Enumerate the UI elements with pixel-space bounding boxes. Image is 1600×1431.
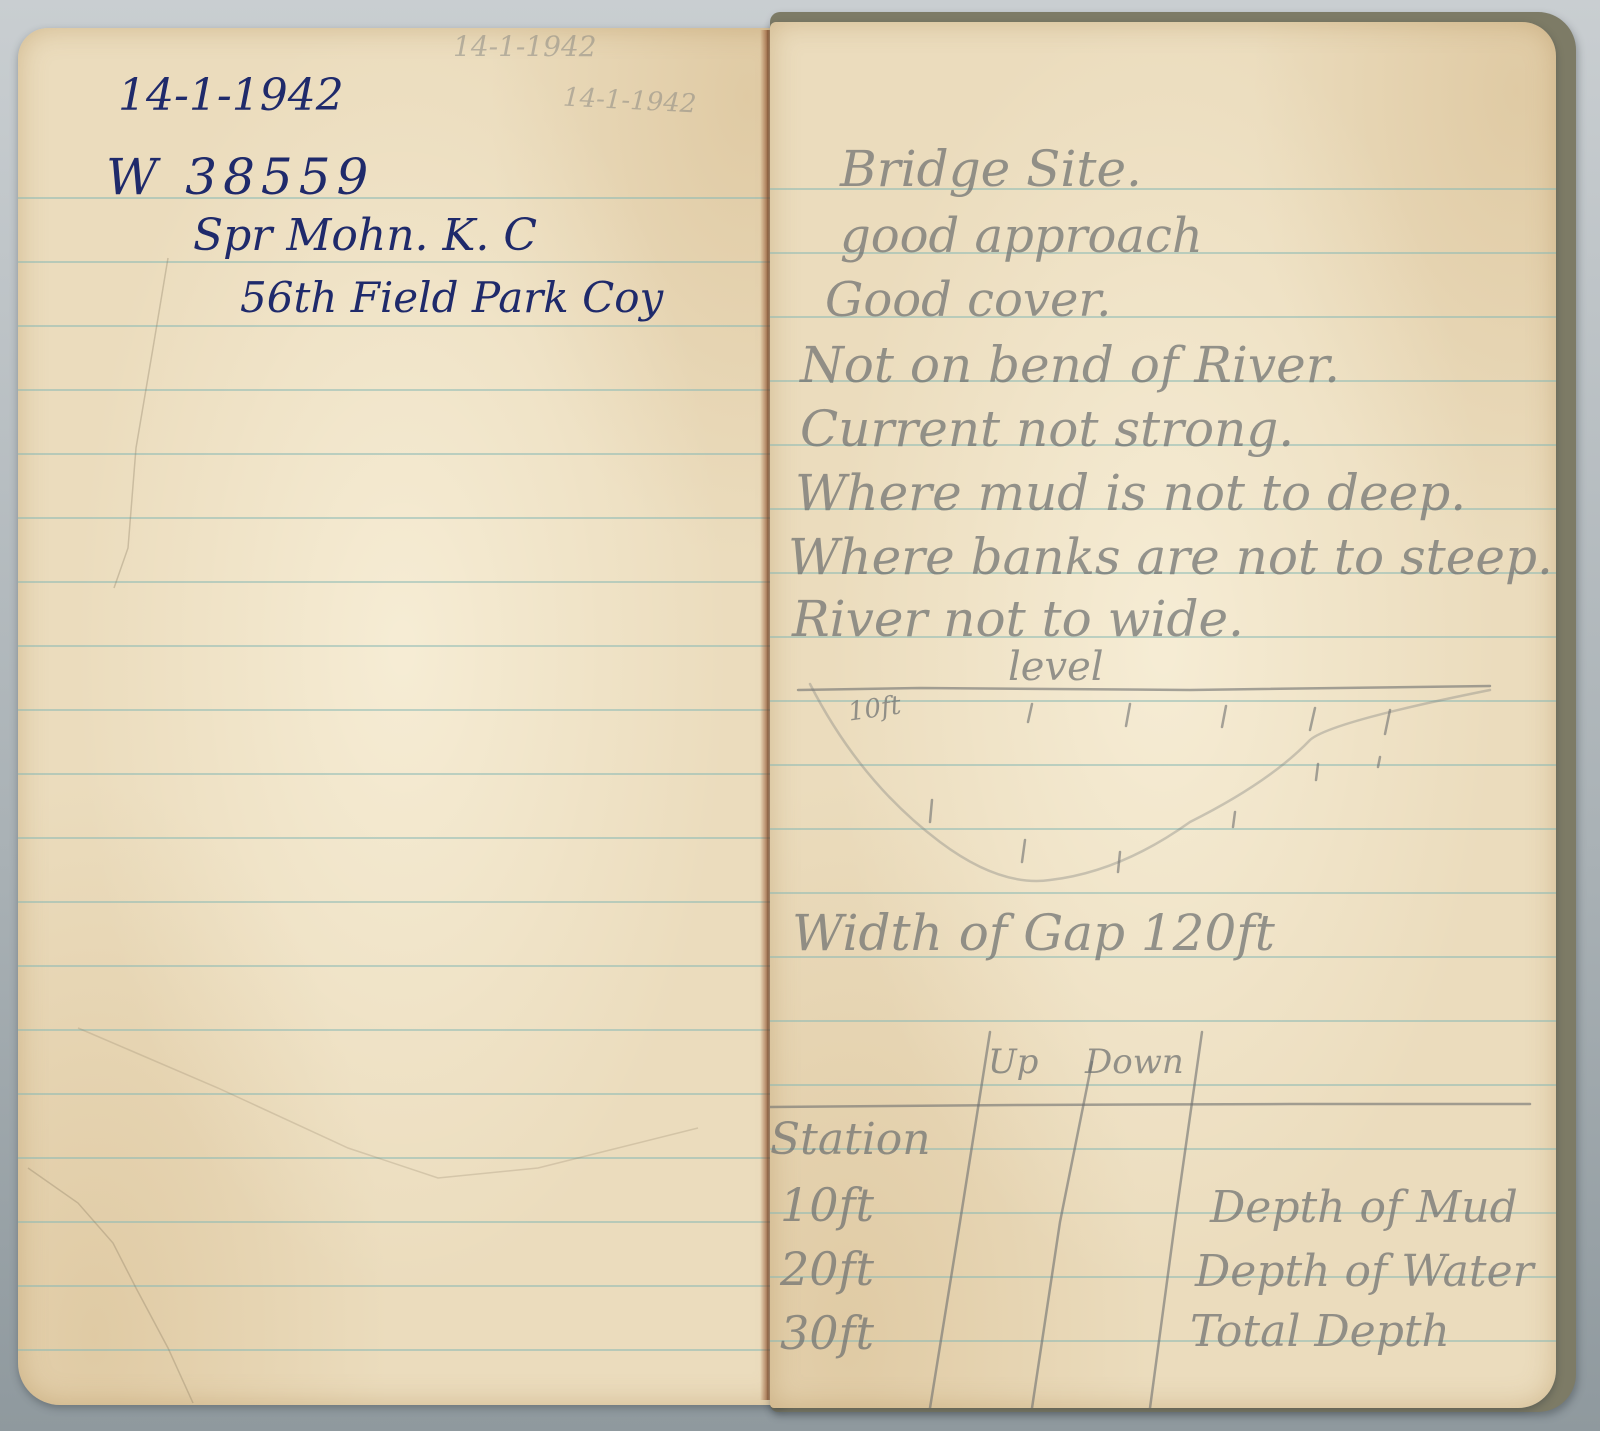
table-row-station: 20ft: [780, 1242, 874, 1296]
table-header-station: Station: [770, 1114, 931, 1165]
service-number: W 38559: [106, 148, 374, 206]
table-legend-item: Total Depth: [1190, 1306, 1450, 1357]
table-row-station: 10ft: [780, 1178, 874, 1232]
table-header-down: Down: [1085, 1042, 1184, 1082]
table-header-up: Up: [988, 1042, 1038, 1082]
left-page: 14-1-1942 14-1-1942 14-1-1942 W 38559 Sp…: [18, 28, 786, 1405]
unit-name: 56th Field Park Coy: [240, 273, 663, 322]
soldier-name: Spr Mohn. K. C: [193, 210, 537, 261]
table-legend-item: Depth of Water: [1195, 1246, 1534, 1297]
notebook-spread: 14-1-1942 14-1-1942 14-1-1942 W 38559 Sp…: [0, 0, 1600, 1431]
table-row-station: 30ft: [780, 1306, 874, 1360]
table-legend-item: Depth of Mud: [1210, 1182, 1518, 1233]
right-page: Bridge Site. good approach Good cover. N…: [770, 22, 1556, 1408]
pencil-date-stamp: 14-1-1942: [453, 30, 597, 63]
entry-date: 14-1-1942: [118, 70, 344, 121]
